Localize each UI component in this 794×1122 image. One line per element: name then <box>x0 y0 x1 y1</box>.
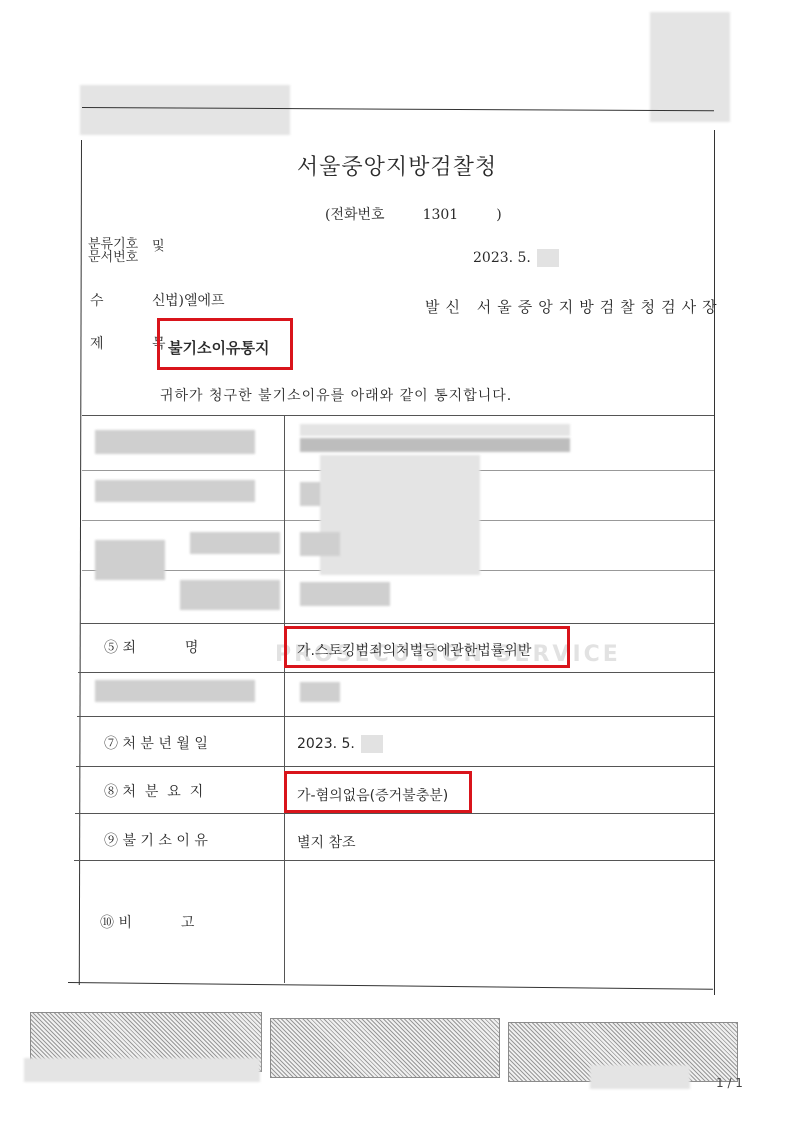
redacted-cell <box>300 424 570 436</box>
row-value-disposition-date: 2023. 5. <box>297 735 383 753</box>
table-line <box>76 766 714 767</box>
redacted-footer <box>590 1065 690 1089</box>
table-line <box>82 415 714 416</box>
redacted-cell <box>95 430 255 454</box>
row-label-offense: ⑤ 죄 명 <box>104 637 198 657</box>
sender: 발신 서울중앙지방검찰청검사장 <box>425 296 723 317</box>
frame-left <box>79 140 82 985</box>
phone-label: (전화번호 <box>325 207 385 223</box>
redacted-day <box>361 735 383 753</box>
disposition-date-text: 2023. 5. <box>297 736 355 752</box>
row-label-disposition-date: ⑦ 처 분 년 월 일 <box>104 733 208 753</box>
row-value-reason: 별지 참조 <box>297 832 356 852</box>
redacted-stamp <box>270 1018 500 1078</box>
redacted-cell <box>300 682 340 702</box>
redacted-cell <box>180 580 280 610</box>
issue-date: 2023. 5. <box>473 249 559 267</box>
row-label-reason: ⑨ 불 기 소 이 유 <box>104 830 208 850</box>
intro-text: 귀하가 청구한 불기소이유를 아래와 같이 통지합니다. <box>160 385 512 405</box>
redacted-cell <box>300 532 340 556</box>
frame-right <box>714 130 715 995</box>
row-label-disposition-summary: ⑧ 처 분 요 지 <box>104 781 203 801</box>
redacted-cell <box>95 540 165 580</box>
recipient-value: 법)엘에프 <box>165 290 225 310</box>
row-label-remarks: ⑩ 비 고 <box>100 912 194 932</box>
offense-highlight <box>284 626 570 668</box>
agency-title: 서울중앙지방검찰청 <box>0 150 794 181</box>
page-indicator: 1 / 1 <box>716 1076 743 1090</box>
classification-label: 분류기호 문서번호 및 <box>88 238 138 264</box>
classification-line2: 문서번호 <box>88 251 138 264</box>
phone-line: (전화번호1301) <box>325 204 502 224</box>
issue-date-text: 2023. 5. <box>473 250 531 266</box>
phone-number: 1301 <box>423 207 459 223</box>
redacted-cell <box>300 582 390 606</box>
table-line <box>77 716 714 717</box>
table-line <box>75 813 714 814</box>
classification-and: 및 <box>152 240 165 253</box>
redacted-cell <box>190 532 280 554</box>
disposition-highlight <box>284 771 472 813</box>
table-line <box>78 672 714 673</box>
redacted-cell <box>95 680 255 702</box>
redacted-footer <box>24 1058 260 1082</box>
frame-bottom <box>68 982 713 990</box>
subject-highlight <box>157 318 293 370</box>
redacted-header-right <box>650 12 730 122</box>
table-divider <box>284 415 285 983</box>
table-line <box>74 860 714 861</box>
redacted-cell <box>300 438 570 452</box>
phone-close: ) <box>496 207 501 223</box>
table-line <box>80 623 714 624</box>
redacted-day <box>537 249 559 267</box>
redacted-cell <box>95 480 255 502</box>
redacted-cell <box>320 455 480 575</box>
redacted-header-left <box>80 85 290 135</box>
